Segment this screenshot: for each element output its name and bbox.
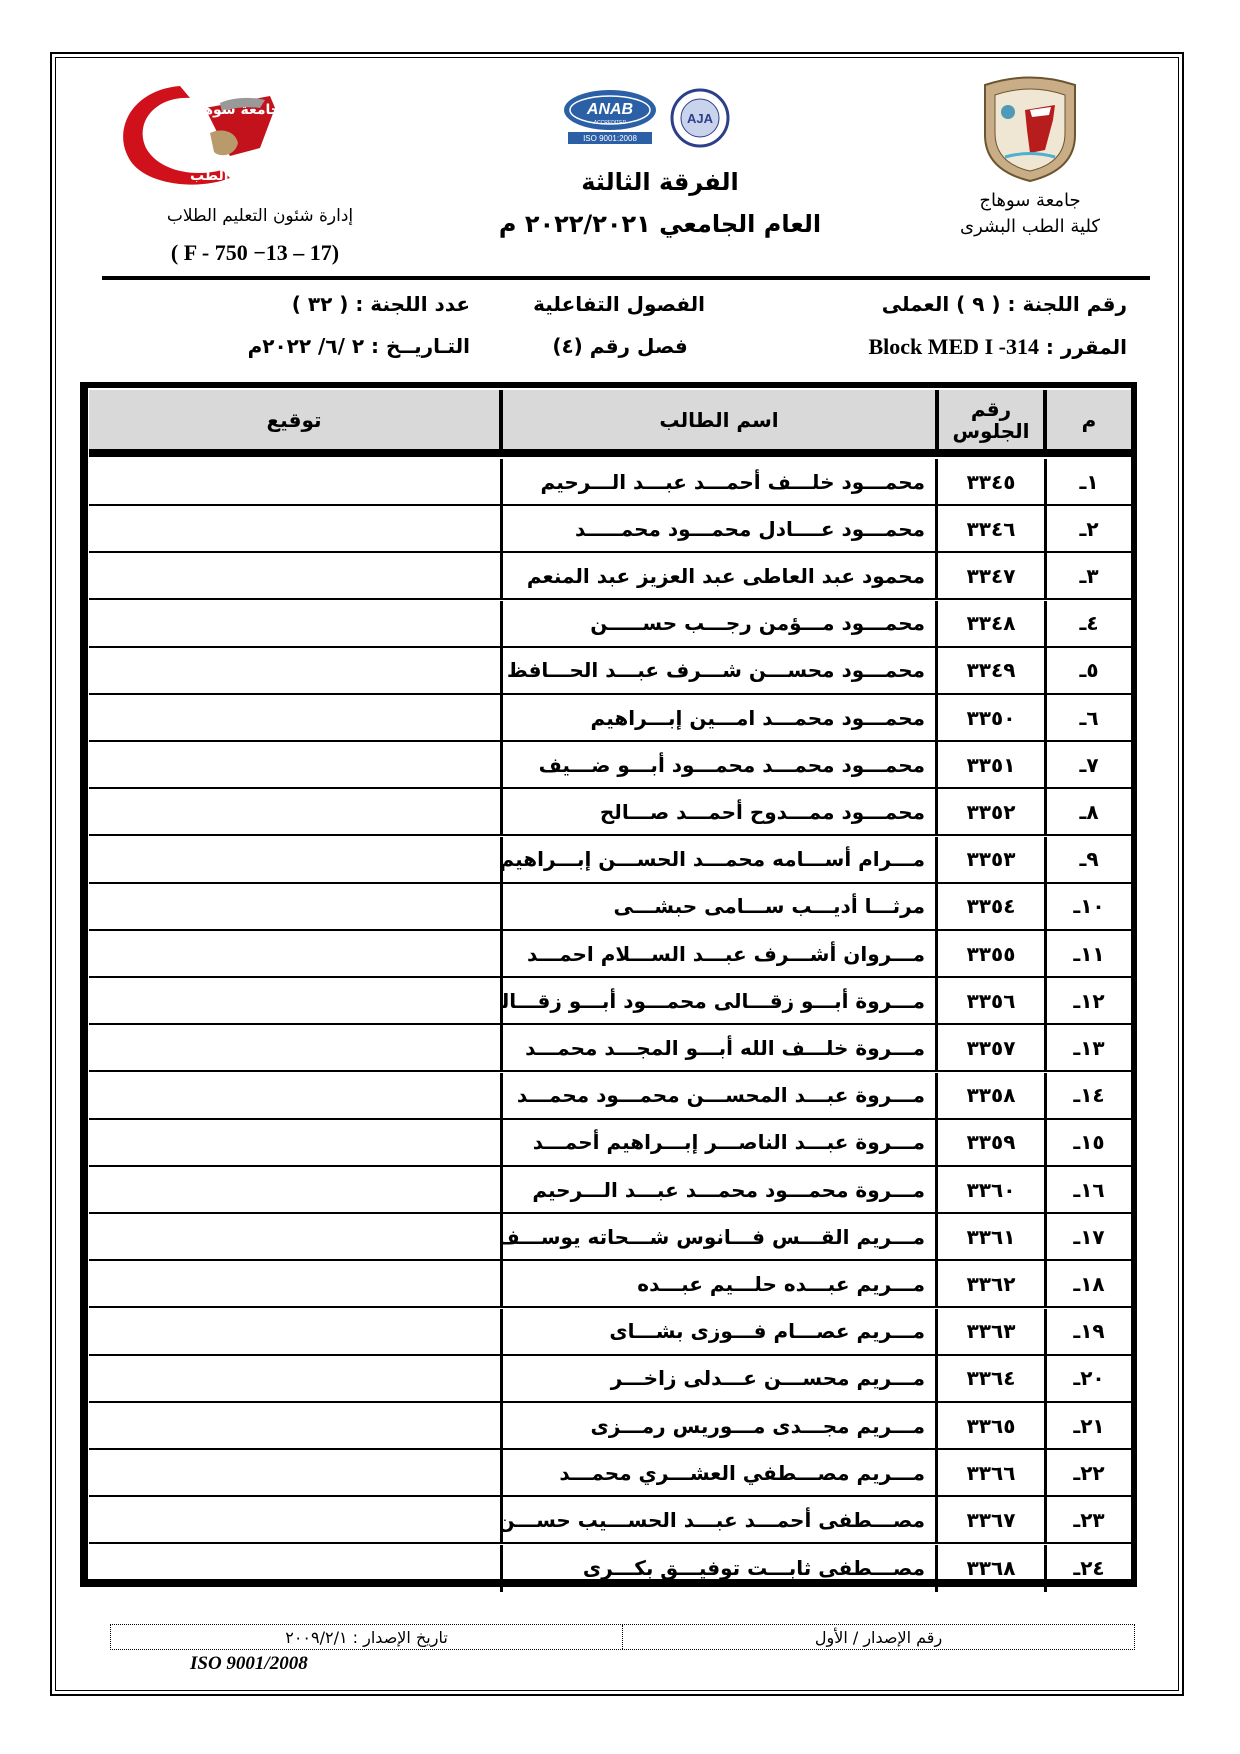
committee-count: عدد اللجنة : ( ٣٢ ) xyxy=(270,292,470,316)
header-student-name: اسم الطالب xyxy=(503,390,935,449)
signature-cell[interactable] xyxy=(89,695,500,740)
student-name: مـــروة أبـــو زقـــالى محمـــود أبـــو … xyxy=(503,978,935,1023)
table-row: ٢٤ـ٣٣٦٨مصـــطفى ثابـــت توفيـــق بكـــرى xyxy=(89,1545,1131,1592)
signature-cell[interactable] xyxy=(89,1214,500,1259)
issue-date: تاريخ الإصدار : ٢٠٠٩/٢/١ xyxy=(111,1625,623,1649)
student-name: مـــريم عبـــده حلـــيم عبـــده xyxy=(503,1261,935,1306)
seat-number: ٣٣٤٥ xyxy=(938,459,1044,504)
table-row: ٧ـ٣٣٥١محمـــود محمـــد محمـــود أبـــو ض… xyxy=(89,742,1131,789)
seat-number: ٣٣٥٦ xyxy=(938,978,1044,1023)
signature-cell[interactable] xyxy=(89,1120,500,1165)
table-row: ١٥ـ٣٣٥٩مـــروة عبـــد الناصـــر إبـــراه… xyxy=(89,1120,1131,1167)
row-index: ١ـ xyxy=(1047,459,1131,504)
year-level: الفرقة الثالثة xyxy=(490,168,830,196)
signature-cell[interactable] xyxy=(89,1073,500,1118)
signature-cell[interactable] xyxy=(89,837,500,882)
signature-cell[interactable] xyxy=(89,648,500,693)
table-row: ٤ـ٣٣٤٨محمـــود مـــؤمن رجـــب حســـــن xyxy=(89,601,1131,648)
table-row: ٢٢ـ٣٣٦٦مـــريم مصـــطفي العشـــري محمـــ… xyxy=(89,1450,1131,1497)
row-index: ٢١ـ xyxy=(1047,1403,1131,1448)
student-name: مـــروان أشـــرف عبـــد الســـلام احمـــ… xyxy=(503,931,935,976)
anab-badge-icon: ANAB ACCREDITED ISO 9001:2008 xyxy=(564,90,656,144)
svg-text:جامعة سوهاج: جامعة سوهاج xyxy=(188,102,281,118)
signature-cell[interactable] xyxy=(89,931,500,976)
table-row: ١٧ـ٣٣٦١مـــريم القـــس فـــانوس شـــحاته… xyxy=(89,1214,1131,1261)
seat-number: ٣٣٥٤ xyxy=(938,884,1044,929)
student-name: مـــروة خلـــف الله أبـــو المجـــد محمـ… xyxy=(503,1025,935,1070)
svg-text:ACCREDITED: ACCREDITED xyxy=(594,120,627,126)
row-index: ٥ـ xyxy=(1047,648,1131,693)
header-index: م xyxy=(1047,390,1131,449)
signature-cell[interactable] xyxy=(89,978,500,1023)
academic-year: العام الجامعي ٢٠٢٢/٢٠٢١ م xyxy=(480,210,840,238)
sohag-crest-icon xyxy=(975,75,1085,185)
seat-number: ٣٣٦٣ xyxy=(938,1309,1044,1354)
form-code: ( F - 750 −13 – 17) xyxy=(140,240,370,266)
seat-number: ٣٣٥٧ xyxy=(938,1025,1044,1070)
student-name: محمـــود عــــادل محمـــود محمـــــد xyxy=(503,506,935,551)
row-index: ١٨ـ xyxy=(1047,1261,1131,1306)
row-index: ٢ـ xyxy=(1047,506,1131,551)
row-index: ٢٢ـ xyxy=(1047,1450,1131,1495)
row-index: ٢٣ـ xyxy=(1047,1497,1131,1542)
svg-text:ANAB: ANAB xyxy=(586,101,633,118)
student-name: مـــرام أســـامه محمـــد الحســـن إبـــر… xyxy=(503,837,935,882)
student-name: مـــريم عصـــام فـــوزى بشـــاى xyxy=(503,1309,935,1354)
row-index: ١٥ـ xyxy=(1047,1120,1131,1165)
table-row: ٢ـ٣٣٤٦محمـــود عــــادل محمـــود محمــــ… xyxy=(89,506,1131,553)
row-index: ١٢ـ xyxy=(1047,978,1131,1023)
seat-number: ٣٣٥٢ xyxy=(938,789,1044,834)
row-index: ١٣ـ xyxy=(1047,1025,1131,1070)
seat-number: ٣٣٥٥ xyxy=(938,931,1044,976)
student-name: محمود عبد العاطى عبد العزيز عبد المنعم xyxy=(503,553,935,598)
row-index: ٣ـ xyxy=(1047,553,1131,598)
aja-badge-icon: AJA xyxy=(672,90,728,146)
table-row: ١٣ـ٣٣٥٧مـــروة خلـــف الله أبـــو المجــ… xyxy=(89,1025,1131,1072)
row-index: ١٤ـ xyxy=(1047,1073,1131,1118)
student-name: مصـــطفى ثابـــت توفيـــق بكـــرى xyxy=(503,1545,935,1592)
iso-standard: ISO 9001/2008 xyxy=(190,1653,308,1675)
row-index: ٩ـ xyxy=(1047,837,1131,882)
table-row: ٢٣ـ٣٣٦٧مصـــطفى أحمـــد عبـــد الحســـيب… xyxy=(89,1497,1131,1544)
student-name: محمـــود محســـن شـــرف عبـــد الحـــافظ xyxy=(503,648,935,693)
session-type: الفصول التفاعلية xyxy=(535,292,705,316)
seat-number: ٣٣٦٠ xyxy=(938,1167,1044,1212)
signature-cell[interactable] xyxy=(89,1545,500,1592)
table-body: ١ـ٣٣٤٥محمـــود خلـــف أحمـــد عبـــد الـ… xyxy=(89,459,1131,1579)
student-name: مـــروة عبـــد الناصـــر إبـــراهيم أحمـ… xyxy=(503,1120,935,1165)
table-header: م رقم الجلوس اسم الطالب توقيع xyxy=(89,390,1131,449)
course: المقرر : Block MED I -314 xyxy=(868,334,1127,360)
svg-text:AJA: AJA xyxy=(687,111,714,126)
class-number: فصل رقم (٤) xyxy=(535,334,705,358)
svg-text:ISO 9001:2008: ISO 9001:2008 xyxy=(583,134,637,143)
table-row: ١٦ـ٣٣٦٠مـــروة محمـــود محمـــد عبـــد ا… xyxy=(89,1167,1131,1214)
student-name: مـــريم مجـــدى مـــوريس رمـــزى xyxy=(503,1403,935,1448)
table-row: ٢٠ـ٣٣٦٤مـــريم محســـن عـــدلى زاخـــر xyxy=(89,1356,1131,1403)
accreditation-badges: ANAB ACCREDITED ISO 9001:2008 AJA xyxy=(560,88,760,153)
row-index: ١٩ـ xyxy=(1047,1309,1131,1354)
seat-number: ٣٣٤٩ xyxy=(938,648,1044,693)
signature-cell[interactable] xyxy=(89,884,500,929)
issue-number: رقم الإصدار / الأول xyxy=(623,1625,1134,1649)
seat-number: ٣٣٦٢ xyxy=(938,1261,1044,1306)
signature-cell[interactable] xyxy=(89,601,500,646)
student-name: مـــريم مصـــطفي العشـــري محمـــد xyxy=(503,1450,935,1495)
issue-info-box: رقم الإصدار / الأول تاريخ الإصدار : ٢٠٠٩… xyxy=(110,1624,1135,1650)
student-name: محمـــود ممـــدوح أحمـــد صـــالح xyxy=(503,789,935,834)
student-name: محمـــود مـــؤمن رجـــب حســـــن xyxy=(503,601,935,646)
row-index: ١٦ـ xyxy=(1047,1167,1131,1212)
seat-number: ٣٣٦٨ xyxy=(938,1545,1044,1592)
row-index: ١١ـ xyxy=(1047,931,1131,976)
committee-number: رقم اللجنة : ( ٩ ) العملى xyxy=(882,292,1127,316)
signature-cell[interactable] xyxy=(89,553,500,598)
seat-number: ٣٣٦١ xyxy=(938,1214,1044,1259)
table-row: ٢١ـ٣٣٦٥مـــريم مجـــدى مـــوريس رمـــزى xyxy=(89,1403,1131,1450)
signature-cell[interactable] xyxy=(89,459,500,504)
seat-number: ٣٣٤٦ xyxy=(938,506,1044,551)
student-name: محمـــود محمـــد محمـــود أبـــو ضـــيف xyxy=(503,742,935,787)
student-name: مـــريم محســـن عـــدلى زاخـــر xyxy=(503,1356,935,1401)
header-seat-no: رقم الجلوس xyxy=(939,390,1043,449)
table-row: ٦ـ٣٣٥٠محمـــود محمـــد امـــين إبـــراهي… xyxy=(89,695,1131,742)
signature-cell[interactable] xyxy=(89,1167,500,1212)
row-index: ٨ـ xyxy=(1047,789,1131,834)
seat-number: ٣٣٤٨ xyxy=(938,601,1044,646)
signature-cell[interactable] xyxy=(89,506,500,551)
student-name: مرثـــا أديـــب ســـامى حبشـــى xyxy=(503,884,935,929)
table-row: ١٠ـ٣٣٥٤مرثـــا أديـــب ســـامى حبشـــى xyxy=(89,884,1131,931)
seat-number: ٣٣٥١ xyxy=(938,742,1044,787)
crescent-logo-icon: جامعة سوهاج كلية الطب xyxy=(110,78,310,188)
signature-cell[interactable] xyxy=(89,1450,500,1495)
header-divider xyxy=(102,276,1150,280)
student-name: مـــروة عبـــد المحســـن محمـــود محمـــ… xyxy=(503,1073,935,1118)
student-name: مـــروة محمـــود محمـــد عبـــد الـــرحي… xyxy=(503,1167,935,1212)
seat-number: ٣٣٦٧ xyxy=(938,1497,1044,1542)
table-row: ٥ـ٣٣٤٩محمـــود محســـن شـــرف عبـــد الح… xyxy=(89,648,1131,695)
table-row: ١٤ـ٣٣٥٨مـــروة عبـــد المحســـن محمـــود… xyxy=(89,1073,1131,1120)
seat-number: ٣٣٥٣ xyxy=(938,837,1044,882)
row-index: ١٧ـ xyxy=(1047,1214,1131,1259)
header-signature: توقيع xyxy=(89,390,499,449)
seat-number: ٣٣٤٧ xyxy=(938,553,1044,598)
seat-number: ٣٣٦٤ xyxy=(938,1356,1044,1401)
table-row: ٩ـ٣٣٥٣مـــرام أســـامه محمـــد الحســـن … xyxy=(89,837,1131,884)
svg-text:كلية الطب: كلية الطب xyxy=(190,168,262,184)
signature-cell[interactable] xyxy=(89,789,500,834)
seat-number: ٣٣٦٥ xyxy=(938,1403,1044,1448)
faculty-name: كلية الطب البشرى xyxy=(955,216,1105,237)
signature-cell[interactable] xyxy=(89,1403,500,1448)
table-row: ١١ـ٣٣٥٥مـــروان أشـــرف عبـــد الســـلام… xyxy=(89,931,1131,978)
table-row: ١٢ـ٣٣٥٦مـــروة أبـــو زقـــالى محمـــود … xyxy=(89,978,1131,1025)
table-row: ١٨ـ٣٣٦٢مـــريم عبـــده حلـــيم عبـــده xyxy=(89,1261,1131,1308)
student-name: محمـــود خلـــف أحمـــد عبـــد الـــرحيم xyxy=(503,459,935,504)
table-row: ١ـ٣٣٤٥محمـــود خلـــف أحمـــد عبـــد الـ… xyxy=(89,459,1131,506)
table-row: ٣ـ٣٣٤٧محمود عبد العاطى عبد العزيز عبد ال… xyxy=(89,553,1131,600)
exam-date: التـاريــخ : ٢ /٦/ ٢٠٢٢م xyxy=(190,334,470,358)
signature-cell[interactable] xyxy=(89,1261,500,1306)
table-row: ١٩ـ٣٣٦٣مـــريم عصـــام فـــوزى بشـــاى xyxy=(89,1309,1131,1356)
signature-cell[interactable] xyxy=(89,742,500,787)
table-row: ٨ـ٣٣٥٢محمـــود ممـــدوح أحمـــد صـــالح xyxy=(89,789,1131,836)
row-index: ٧ـ xyxy=(1047,742,1131,787)
signature-cell[interactable] xyxy=(89,1497,500,1542)
signature-cell[interactable] xyxy=(89,1356,500,1401)
course-code: Block MED I -314 xyxy=(868,334,1039,359)
course-label: المقرر : xyxy=(1039,335,1127,359)
university-crest xyxy=(975,75,1085,185)
student-name: محمـــود محمـــد امـــين إبـــراهيم xyxy=(503,695,935,740)
row-index: ٤ـ xyxy=(1047,601,1131,646)
student-name: مصـــطفى أحمـــد عبـــد الحســـيب حســـن xyxy=(503,1497,935,1542)
signature-cell[interactable] xyxy=(89,1025,500,1070)
attendance-table: م رقم الجلوس اسم الطالب توقيع ١ـ٣٣٤٥محمـ… xyxy=(80,382,1137,1587)
row-index: ٢٠ـ xyxy=(1047,1356,1131,1401)
row-index: ٦ـ xyxy=(1047,695,1131,740)
signature-cell[interactable] xyxy=(89,1309,500,1354)
seat-number: ٣٣٦٦ xyxy=(938,1450,1044,1495)
seat-number: ٣٣٥٨ xyxy=(938,1073,1044,1118)
department-name: إدارة شئون التعليم الطلاب xyxy=(150,206,370,226)
university-name: جامعة سوهاج xyxy=(960,190,1100,211)
row-index: ٢٤ـ xyxy=(1047,1545,1131,1592)
faculty-logo: جامعة سوهاج كلية الطب xyxy=(110,78,310,188)
seat-number: ٣٣٥٩ xyxy=(938,1120,1044,1165)
student-name: مـــريم القـــس فـــانوس شـــحاته يوســـ… xyxy=(503,1214,935,1259)
row-index: ١٠ـ xyxy=(1047,884,1131,929)
seat-number: ٣٣٥٠ xyxy=(938,695,1044,740)
